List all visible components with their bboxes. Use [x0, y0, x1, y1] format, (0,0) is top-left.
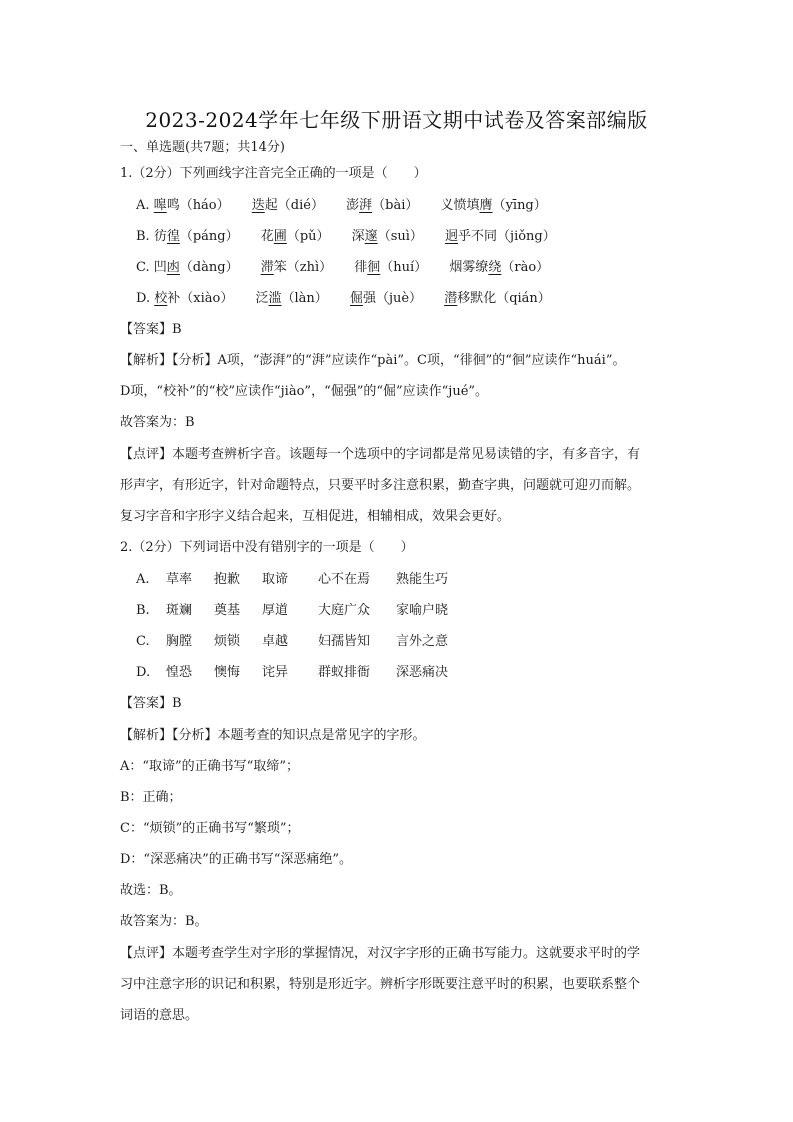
- question-2-stem: 2.（2分）下列词语中没有错别字的一项是（ ）: [120, 539, 414, 557]
- option-item: 义愤填膺（yīng）: [441, 197, 547, 215]
- q2-comment-line-3: 词语的意思。: [120, 1007, 198, 1025]
- option-item: 花圃（pǔ）: [261, 228, 330, 246]
- q1-option-a[interactable]: A. 嗥鸣（háo） 迭起（dié） 澎湃（bài） 义愤填膺（yīng）: [136, 197, 565, 215]
- option-item: 凹凼（dàng）: [154, 259, 239, 277]
- option-label: C.: [136, 633, 166, 651]
- q2-choose: 故选：B。: [120, 882, 182, 900]
- q2-comment-line-2: 习中注意字形的识记和积累，特别是形近字。辨析字形既要注意平时的积累，也要联系整个: [120, 976, 640, 994]
- option-label: B.: [136, 602, 166, 620]
- page-title: 2023-2024学年七年级下册语文期中试卷及答案部编版: [0, 104, 793, 133]
- q2-conclusion: 故答案为：B。: [120, 913, 208, 931]
- q2-comment-line-1: 【点评】本题考查学生对字形的掌握情况，对汉字字形的正确书写能力。这就要求平时的学: [120, 945, 640, 963]
- q2-note-c: C：“烦锁”的正确书写“繁琐”；: [120, 820, 300, 838]
- q1-analysis-line-2: D项，“校补”的“校”应读作“jiào”，“倔强”的“倔”应读作“jué”。: [120, 383, 488, 401]
- option-label: D.: [136, 664, 166, 682]
- q2-option-c[interactable]: C.胸膛烦锁卓越妇孺皆知言外之意: [136, 633, 486, 651]
- option-label: D.: [136, 291, 150, 306]
- option-item: 滞笨（zhì）: [261, 259, 332, 277]
- section-heading: 一、单选题(共7题；共14分): [120, 139, 285, 157]
- option-label: A.: [136, 571, 166, 589]
- option-item: 烟雾缭绕（rào）: [449, 259, 549, 277]
- option-item: 澎湃（bài）: [346, 197, 418, 215]
- option-item: 深邃（suì）: [352, 228, 423, 246]
- q1-conclusion: 故答案为：B: [120, 414, 195, 432]
- option-item: 校补（xiào）: [154, 290, 233, 308]
- q1-comment-line-3: 复习字音和字形字义结合起来，互相促进，相辅相成，效果会更好。: [120, 508, 510, 526]
- q1-option-d[interactable]: D. 校补（xiào） 泛滥（làn） 倔强（juè） 潜移默化（qián）: [136, 290, 569, 308]
- option-label: B.: [136, 229, 150, 244]
- q1-option-c[interactable]: C. 凹凼（dàng） 滞笨（zhì） 徘徊（huí） 烟雾缭绕（rào）: [136, 259, 567, 277]
- q2-note-a: A：“取谛”的正确书写“取缔”；: [120, 758, 299, 776]
- q2-note-d: D：“深恶痛决”的正确书写“深恶痛绝”。: [120, 851, 352, 869]
- option-item: 徘徊（huí）: [354, 259, 427, 277]
- q1-comment-line-2: 形声字，有形近字，针对命题特点，只要平时多注意积累，勤查字典，问题就可迎刃而解。: [120, 477, 640, 495]
- q2-answer: 【答案】B: [120, 695, 182, 713]
- q1-option-b[interactable]: B. 彷徨（páng） 花圃（pǔ） 深邃（suì） 迥乎不同（jiǒng）: [136, 228, 574, 246]
- q1-comment-line-1: 【点评】本题考查辨析字音。该题每一个选项中的字词都是常见易读错的字，有多音字，有: [120, 446, 640, 464]
- option-item: 潜移默化（qián）: [444, 290, 551, 308]
- option-label: A.: [136, 198, 150, 213]
- question-1-stem: 1.（2分）下列画线字注音完全正确的一项是（ ）: [120, 165, 427, 183]
- q2-analysis: 【解析】【分析】本题考查的知识点是常见字的字形。: [120, 727, 426, 745]
- q1-analysis-line-1: 【解析】【分析】A项，“澎湃”的“湃”应读作“pài”。C项，“徘徊”的“徊”应…: [120, 352, 625, 370]
- option-item: 迭起（dié）: [252, 197, 324, 215]
- option-item: 彷徨（páng）: [154, 228, 239, 246]
- document-page: 2023-2024学年七年级下册语文期中试卷及答案部编版 一、单选题(共7题；共…: [0, 0, 793, 1122]
- option-item: 嗥鸣（háo）: [154, 197, 230, 215]
- option-label: C.: [136, 260, 150, 275]
- option-item: 泛滥（làn）: [255, 290, 327, 308]
- option-item: 倔强（juè）: [350, 290, 422, 308]
- q2-note-b: B：正确；: [120, 789, 182, 807]
- option-item: 迥乎不同（jiǒng）: [445, 228, 556, 246]
- q2-option-d[interactable]: D.惶恐懊悔诧异群蚁排衙深恶痛决: [136, 664, 486, 682]
- q2-option-b[interactable]: B.斑斓奠基厚道大庭广众家喻户晓: [136, 602, 486, 620]
- q1-answer: 【答案】B: [120, 321, 182, 339]
- q2-option-a[interactable]: A.草率抱歉取谛心不在焉熟能生巧: [136, 571, 486, 589]
